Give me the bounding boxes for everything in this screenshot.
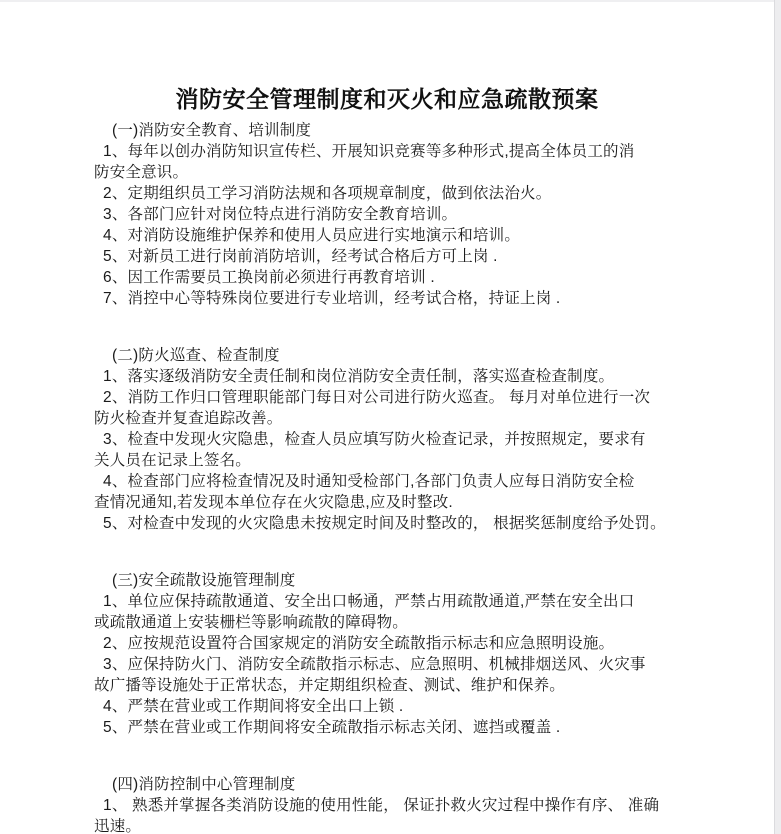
doc-paragraph: 7、消控中心等特殊岗位要进行专业培训，经考试合格，持证上岗 . [94,288,764,309]
section-fire-control-center: (四)消防控制中心管理制度 1、 熟悉并掌握各类消防设施的使用性能， 保证扑救火… [0,774,774,834]
section-fire-safety-education: (一)消防安全教育、培训制度 1、每年以创办消防知识宣传栏、开展知识竞赛等多种形… [0,120,774,309]
section-heading: (二)防火巡查、检查制度 [94,345,764,366]
doc-paragraph: 1、落实逐级消防安全责任制和岗位消防安全责任制，落实巡查检查制度。 [94,366,764,387]
document-page: 消防安全管理制度和灭火和应急疏散预案 (一)消防安全教育、培训制度 1、每年以创… [0,0,774,834]
section-heading: (四)消防控制中心管理制度 [94,774,764,795]
section-heading: (一)消防安全教育、培训制度 [94,120,764,141]
doc-paragraph: 3、各部门应针对岗位特点进行消防安全教育培训。 [94,204,764,225]
doc-paragraph: 5、对新员工进行岗前消防培训，经考试合格后方可上岗 . [94,246,764,267]
doc-paragraph: 1、 熟悉并掌握各类消防设施的使用性能， 保证扑救火灾过程中操作有序、 准确 迅… [94,795,764,834]
document-body: (一)消防安全教育、培训制度 1、每年以创办消防知识宣传栏、开展知识竞赛等多种形… [0,120,774,834]
doc-paragraph: 4、检查部门应将检查情况及时通知受检部门,各部门负责人应每日消防安全检 查情况通… [94,471,764,513]
page-title: 消防安全管理制度和灭火和应急疏散预案 [0,0,774,112]
doc-paragraph: 3、应保持防火门、消防安全疏散指示标志、应急照明、机械排烟送风、火灾事 故广播等… [94,654,764,696]
section-evacuation-facilities: (三)安全疏散设施管理制度 1、单位应保持疏散通道、安全出口畅通，严禁占用疏散通… [0,570,774,738]
page-right-edge [774,0,781,834]
doc-paragraph: 2、消防工作归口管理职能部门每日对公司进行防火巡查。 每月对单位进行一次 防火检… [94,387,764,429]
doc-paragraph: 1、单位应保持疏散通道、安全出口畅通，严禁占用疏散通道,严禁在安全出口 或疏散通… [94,591,764,633]
doc-paragraph: 5、严禁在营业或工作期间将安全疏散指示标志关闭、遮挡或覆盖 . [94,717,764,738]
doc-paragraph: 6、因工作需要员工换岗前必须进行再教育培训 . [94,267,764,288]
doc-paragraph: 2、定期组织员工学习消防法规和各项规章制度，做到依法治火。 [94,183,764,204]
doc-paragraph: 3、检查中发现火灾隐患，检查人员应填写防火检查记录，并按照规定，要求有 关人员在… [94,429,764,471]
section-fire-patrol-inspection: (二)防火巡查、检查制度 1、落实逐级消防安全责任制和岗位消防安全责任制，落实巡… [0,345,774,534]
doc-paragraph: 5、对检查中发现的火灾隐患未按规定时间及时整改的， 根据奖惩制度给予处罚。 [94,513,764,534]
doc-paragraph: 1、每年以创办消防知识宣传栏、开展知识竞赛等多种形式,提高全体员工的消 防安全意… [94,141,764,183]
doc-paragraph: 4、严禁在营业或工作期间将安全出口上锁 . [94,696,764,717]
doc-paragraph: 4、对消防设施维护保养和使用人员应进行实地演示和培训。 [94,225,764,246]
doc-paragraph: 2、应按规范设置符合国家规定的消防安全疏散指示标志和应急照明设施。 [94,633,764,654]
page-top-edge [0,0,781,2]
section-heading: (三)安全疏散设施管理制度 [94,570,764,591]
